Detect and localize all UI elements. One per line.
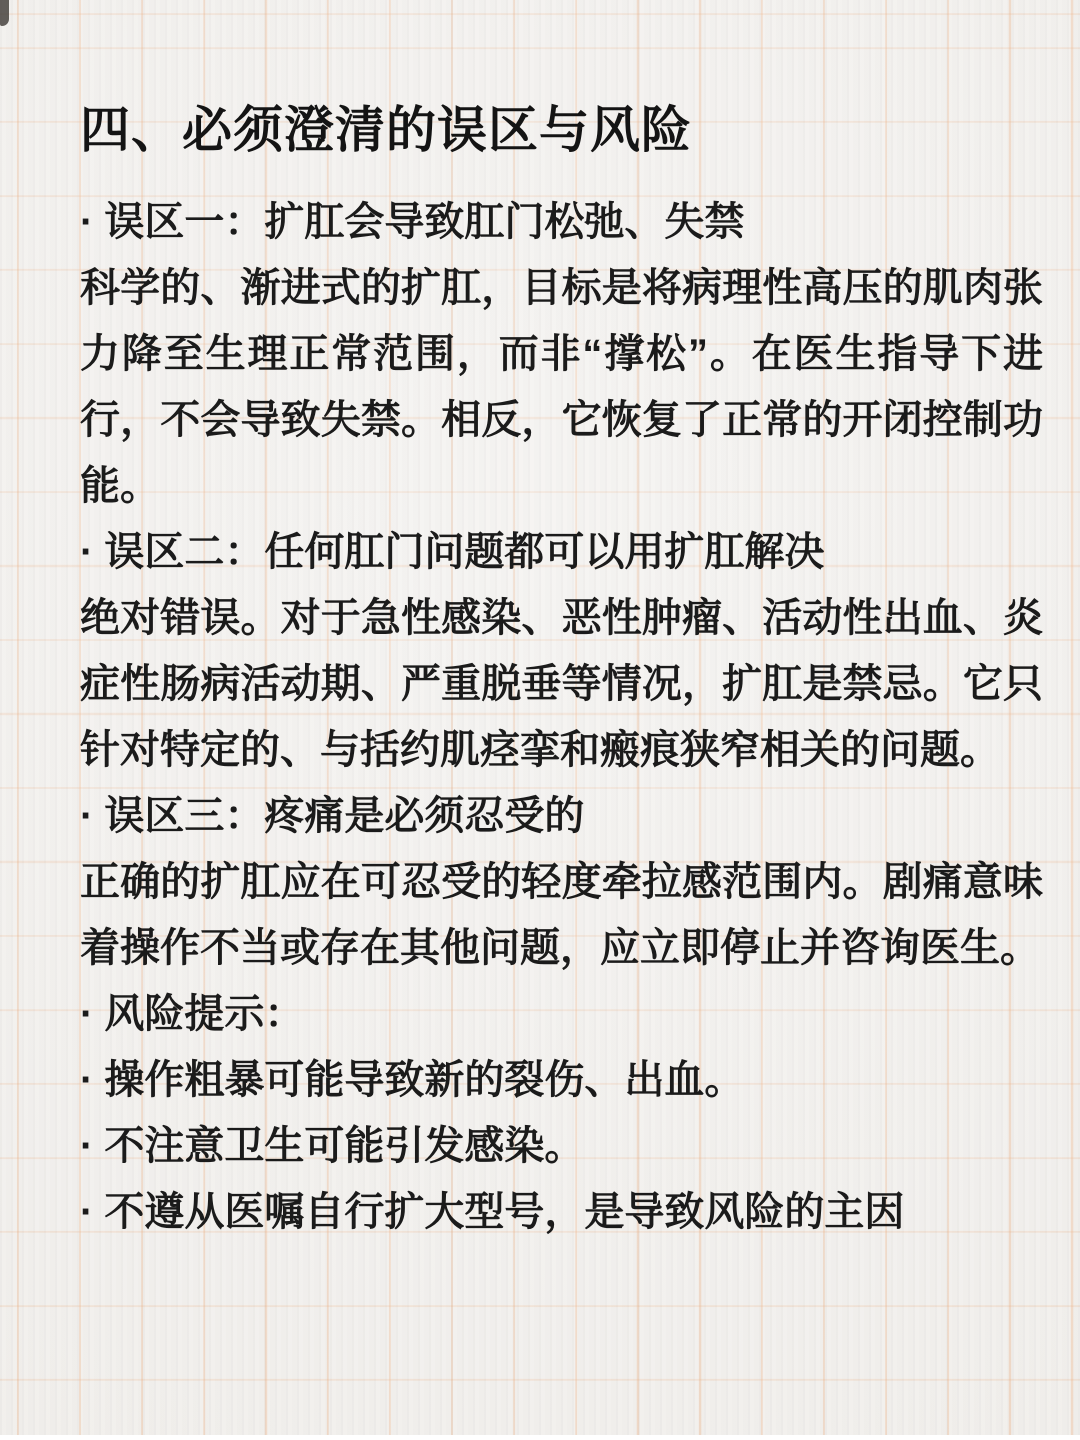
bullet-item-risk-2: · 不注意卫生可能引发感染。: [80, 1113, 1043, 1179]
document-body: · 误区一：扩肛会导致肛门松弛、失禁 科学的、渐进式的扩肛，目标是将病理性高压的…: [80, 189, 1043, 1245]
bullet-item-risk-heading: · 风险提示：: [80, 981, 1043, 1047]
paper-bottom-edge: [0, 1435, 1080, 1440]
bullet-item-risk-1: · 操作粗暴可能导致新的裂伤、出血。: [80, 1047, 1043, 1113]
paper-corner-artifact: [0, 0, 9, 26]
bullet-item-myth2-heading: · 误区二：任何肛门问题都可以用扩肛解决: [80, 519, 1043, 585]
bullet-item-myth3-heading: · 误区三：疼痛是必须忍受的: [80, 783, 1043, 849]
paragraph-myth2-body: 绝对错误。对于急性感染、恶性肿瘤、活动性出血、炎症性肠病活动期、严重脱垂等情况，…: [80, 585, 1043, 783]
bullet-item-risk-3: · 不遵从医嘱自行扩大型号，是导致风险的主因: [80, 1179, 1043, 1245]
bullet-item-myth1-heading: · 误区一：扩肛会导致肛门松弛、失禁: [80, 189, 1043, 255]
paragraph-myth3-body: 正确的扩肛应在可忍受的轻度牵拉感范围内。剧痛意味着操作不当或存在其他问题，应立即…: [80, 849, 1043, 981]
paragraph-myth1-body: 科学的、渐进式的扩肛，目标是将病理性高压的肌肉张力降至生理正常范围，而非“撑松”…: [80, 255, 1043, 519]
note-page: 四、必须澄清的误区与风险 · 误区一：扩肛会导致肛门松弛、失禁 科学的、渐进式的…: [0, 0, 1080, 1440]
page-title: 四、必须澄清的误区与风险: [80, 100, 1040, 160]
